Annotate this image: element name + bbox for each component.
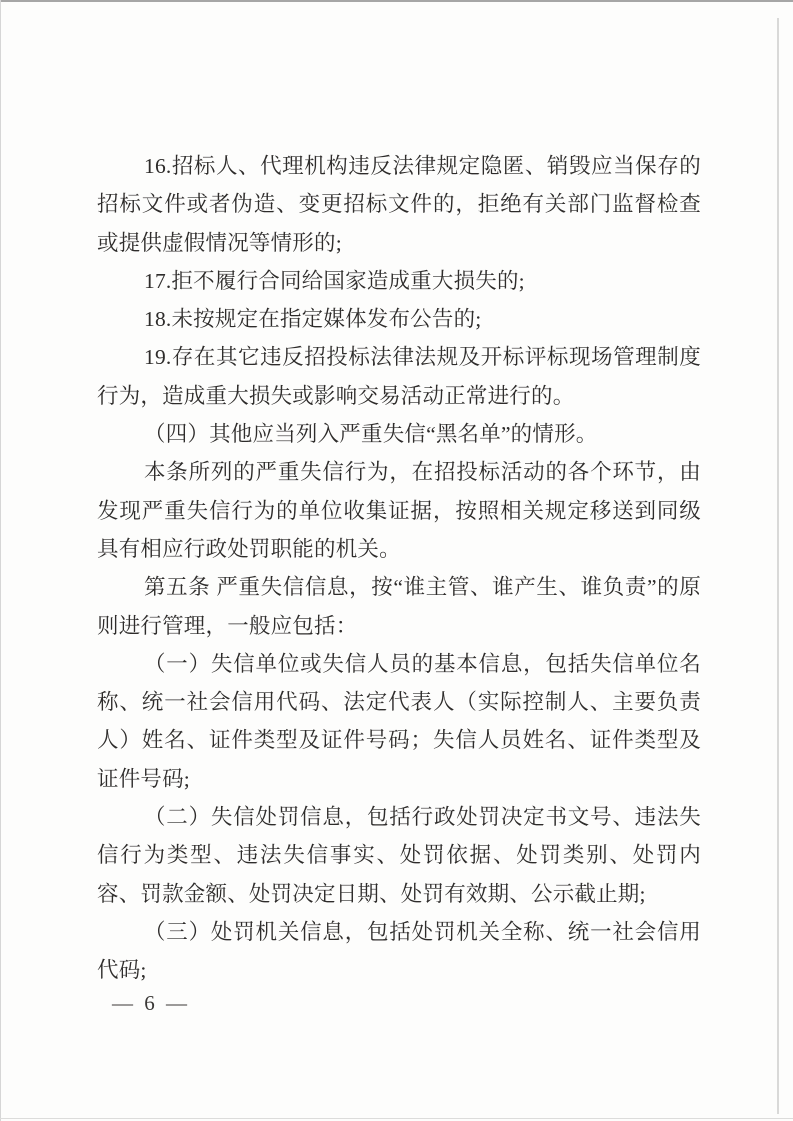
- paragraph-article-5: 第五条 严重失信信息，按“谁主管、谁产生、谁负责”的原则进行管理，一般应包括：: [97, 568, 701, 645]
- scan-edge-right: [777, 18, 779, 1114]
- scan-edge-left: [0, 0, 1, 1121]
- paragraph-item-16: 16.招标人、代理机构违反法律规定隐匿、销毁应当保存的招标文件或者伪造、变更招标…: [97, 147, 701, 262]
- paragraph-clause-4: （四）其他应当列入严重失信“黑名单”的情形。: [97, 415, 701, 453]
- paragraph-item-17: 17.拒不履行合同给国家造成重大损失的;: [97, 262, 701, 300]
- document-page: 16.招标人、代理机构违反法律规定隐匿、销毁应当保存的招标文件或者伪造、变更招标…: [0, 0, 793, 1121]
- paragraph-subitem-1: （一）失信单位或失信人员的基本信息，包括失信单位名称、统一社会信用代码、法定代表…: [97, 645, 701, 798]
- document-body: 16.招标人、代理机构违反法律规定隐匿、销毁应当保存的招标文件或者伪造、变更招标…: [97, 147, 701, 990]
- paragraph-subitem-3: （三）处罚机关信息，包括处罚机关全称、统一社会信用代码;: [97, 913, 701, 990]
- paragraph-item-19: 19.存在其它违反招投标法律法规及开标评标现场管理制度行为，造成重大损失或影响交…: [97, 338, 701, 415]
- page-number: — 6 —: [112, 989, 190, 1017]
- paragraph-evidence-transfer: 本条所列的严重失信行为，在招投标活动的各个环节，由发现严重失信行为的单位收集证据…: [97, 453, 701, 568]
- paragraph-item-18: 18.未按规定在指定媒体发布公告的;: [97, 300, 701, 338]
- scan-edge-bottom: [0, 1118, 793, 1119]
- scan-edge-top: [0, 0, 793, 2]
- paragraph-subitem-2: （二）失信处罚信息，包括行政处罚决定书文号、违法失信行为类型、违法失信事实、处罚…: [97, 798, 701, 913]
